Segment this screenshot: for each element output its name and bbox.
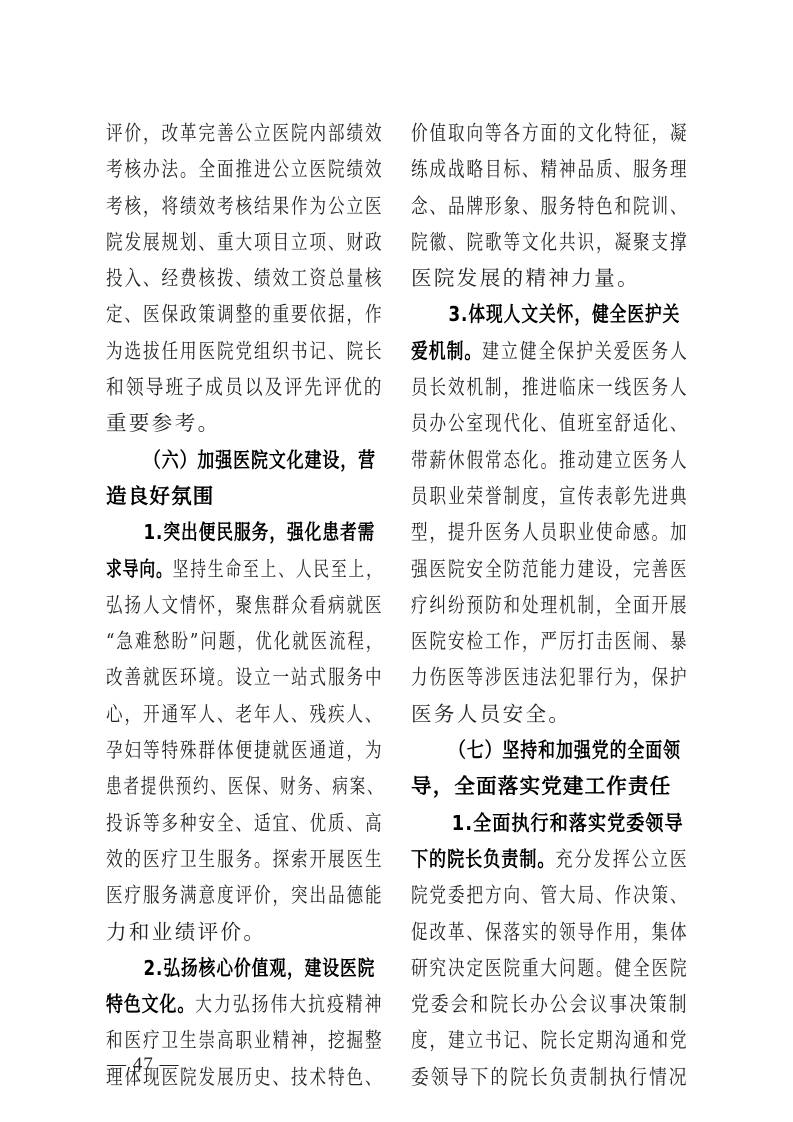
- body-text: 投入、经费核拨、绩效工资总量核: [106, 266, 384, 290]
- body-text: 念、品牌形象、服务特色和院训、: [411, 194, 689, 218]
- body-text: 和医疗卫生崇高职业精神，挖掘整: [106, 1028, 384, 1052]
- body-text: 带薪休假常态化。推动建立医务人: [411, 448, 689, 472]
- body-text: 促改革、保落实的领导作用，集体: [411, 920, 689, 944]
- body-text: 医务人员安全。: [411, 702, 571, 726]
- body-text: 重要参考。: [106, 411, 221, 435]
- section-heading-line: 造良好氛围: [106, 478, 384, 514]
- document-page: 评价，改革完善公立医院内部绩效考核办法。全面推进公立医院绩效考核，将绩效考核结果…: [0, 0, 793, 1122]
- text-line: 念、品牌形象、服务特色和院训、: [411, 188, 689, 224]
- text-line: “急难愁盼”问题，优化就医流程，: [106, 623, 384, 659]
- text-line: 3.体现人文关怀，健全医护关: [411, 296, 726, 332]
- text-line: 为选拔任用医院党组织书记、院长: [106, 333, 384, 369]
- body-text: 院党委把方向、管大局、作决策、: [411, 883, 689, 907]
- body-text: 投诉等多种安全、适宜、优质、高: [106, 811, 384, 835]
- text-line: 力伤医等涉医违法犯罪行为，保护: [411, 659, 689, 695]
- body-text: 员长效机制，推进临床一线医务人: [411, 375, 689, 399]
- text-line: 患者提供预约、医保、财务、病案、: [106, 768, 384, 804]
- text-line: 医疗服务满意度评价，突出品德能: [106, 877, 384, 913]
- text-line: 投诉等多种安全、适宜、优质、高: [106, 805, 384, 841]
- body-text: 考核办法。全面推进公立医院绩效: [106, 157, 384, 181]
- body-text: “急难愁盼”问题，优化就医流程，: [106, 629, 384, 653]
- text-line: 1.突出便民服务，强化患者需: [106, 514, 421, 550]
- text-line: 员办公室现代化、值班室舒适化、: [411, 405, 689, 441]
- text-line: 考核办法。全面推进公立医院绩效: [106, 151, 384, 187]
- page-number: — 47 —: [107, 1054, 180, 1076]
- text-line: 委领导下的院长负责制执行情况: [411, 1059, 689, 1095]
- heading-text: 导，全面落实党建工作责任: [411, 774, 671, 798]
- text-line: 员长效机制，推进临床一线医务人: [411, 369, 689, 405]
- bold-lead-text: 1.突出便民服务，强化患者需: [143, 520, 375, 544]
- right-column: 价值取向等各方面的文化特征，凝练成战略目标、精神品质、服务理念、品牌形象、服务特…: [411, 115, 689, 1095]
- body-text: 心，开通军人、老年人、残疾人、: [106, 702, 384, 726]
- bold-lead-text: 求导向。: [106, 557, 173, 581]
- body-text: 孕妇等特殊群体便捷就医通道，为: [106, 738, 384, 762]
- body-text: 大力弘扬伟大抗疫精神: [195, 992, 383, 1016]
- text-line: 1.全面执行和落实党委领导: [411, 805, 730, 841]
- text-line: 评价，改革完善公立医院内部绩效: [106, 115, 384, 151]
- text-line: 效的医疗卫生服务。探索开展医生: [106, 841, 384, 877]
- bold-lead-text: 3.体现人文关怀，健全医护关: [448, 302, 680, 326]
- text-line: 院发展规划、重大项目立项、财政: [106, 224, 384, 260]
- bold-lead-text: 2.弘扬核心价值观，建设医院: [143, 956, 375, 980]
- text-line: 医院安检工作，严厉打击医闹、暴: [411, 623, 689, 659]
- body-text: 医院安检工作，严厉打击医闹、暴: [411, 629, 689, 653]
- body-text: 评价，改革完善公立医院内部绩效: [106, 121, 384, 145]
- text-line: 力和业绩评价。: [106, 914, 384, 950]
- body-text: 患者提供预约、医保、财务、病案、: [106, 774, 384, 798]
- body-text: 疗纠纷预防和处理机制，全面开展: [411, 593, 689, 617]
- body-text: 和领导班子成员以及评先评优的: [106, 375, 384, 399]
- section-heading-line: 导，全面落实党建工作责任: [411, 768, 689, 804]
- body-text: 研究决定医院重大问题。健全医院: [411, 956, 689, 980]
- text-line: 型，提升医务人员职业使命感。加: [411, 514, 689, 550]
- body-text: 医疗服务满意度评价，突出品德能: [106, 883, 384, 907]
- text-line: 重要参考。: [106, 405, 384, 441]
- body-text: 建立健全保护关爱医务人: [482, 339, 689, 363]
- text-line: 练成战略目标、精神品质、服务理: [411, 151, 689, 187]
- bold-lead-text: 1.全面执行和落实党委领导: [452, 811, 684, 835]
- body-text: 院发展规划、重大项目立项、财政: [106, 230, 384, 254]
- body-text: 型，提升医务人员职业使命感。加: [411, 520, 689, 544]
- text-line: 带薪休假常态化。推动建立医务人: [411, 442, 689, 478]
- text-line: 弘扬人文情怀，聚焦群众看病就医: [106, 587, 384, 623]
- body-text: 改善就医环境。设立一站式服务中: [106, 665, 384, 689]
- section-heading-line: （六）加强医院文化建设，营: [106, 442, 422, 478]
- text-line: 下的院长负责制。充分发挥公立医: [411, 841, 689, 877]
- text-line: 爱机制。建立健全保护关爱医务人: [411, 333, 689, 369]
- body-text: 委领导下的院长负责制执行情况: [411, 1065, 689, 1089]
- text-line: 改善就医环境。设立一站式服务中: [106, 659, 384, 695]
- body-text: 力和业绩评价。: [106, 920, 266, 944]
- heading-text: （六）加强医院文化建设，营: [144, 448, 376, 472]
- text-line: 孕妇等特殊群体便捷就医通道，为: [106, 732, 384, 768]
- body-text: 充分发挥公立医: [555, 847, 688, 871]
- body-text: 练成战略目标、精神品质、服务理: [411, 157, 689, 181]
- text-line: 特色文化。大力弘扬伟大抗疫精神: [106, 986, 384, 1022]
- text-line: 医院发展的精神力量。: [411, 260, 689, 296]
- body-text: 院徽、院歌等文化共识，凝聚支撑: [411, 230, 689, 254]
- body-text: 医院发展的精神力量。: [411, 266, 640, 290]
- body-text: 为选拔任用医院党组织书记、院长: [106, 339, 384, 363]
- body-text: 坚持生命至上、人民至上，: [173, 557, 384, 581]
- section-heading-line: （七）坚持和加强党的全面领: [411, 732, 727, 768]
- text-line: 2.弘扬核心价值观，建设医院: [106, 950, 421, 986]
- text-line: 和领导班子成员以及评先评优的: [106, 369, 384, 405]
- bold-lead-text: 下的院长负责制。: [411, 847, 555, 871]
- text-line: 度，建立书记、院长定期沟通和党: [411, 1022, 689, 1058]
- text-line: 强医院安全防范能力建设，完善医: [411, 551, 689, 587]
- body-text: 员办公室现代化、值班室舒适化、: [411, 411, 689, 435]
- body-text: 度，建立书记、院长定期沟通和党: [411, 1028, 689, 1052]
- text-line: 医务人员安全。: [411, 696, 689, 732]
- text-line: 考核，将绩效考核结果作为公立医: [106, 188, 384, 224]
- bold-lead-text: 特色文化。: [106, 992, 195, 1016]
- text-line: 求导向。坚持生命至上、人民至上，: [106, 551, 384, 587]
- heading-text: （七）坚持和加强党的全面领: [449, 738, 681, 762]
- text-line: 定、医保政策调整的重要依据，作: [106, 296, 384, 332]
- body-text: 定、医保政策调整的重要依据，作: [106, 302, 384, 326]
- body-text: 党委会和院长办公会议事决策制: [411, 992, 689, 1016]
- body-text: 力伤医等涉医违法犯罪行为，保护: [411, 665, 689, 689]
- text-line: 党委会和院长办公会议事决策制: [411, 986, 689, 1022]
- text-line: 价值取向等各方面的文化特征，凝: [411, 115, 689, 151]
- body-text: 考核，将绩效考核结果作为公立医: [106, 194, 384, 218]
- text-line: 心，开通军人、老年人、残疾人、: [106, 696, 384, 732]
- body-text: 价值取向等各方面的文化特征，凝: [411, 121, 689, 145]
- body-text: 员职业荣誉制度，宣传表彰先进典: [411, 484, 689, 508]
- text-line: 员职业荣誉制度，宣传表彰先进典: [411, 478, 689, 514]
- text-line: 院党委把方向、管大局、作决策、: [411, 877, 689, 913]
- text-line: 研究决定医院重大问题。健全医院: [411, 950, 689, 986]
- body-text: 弘扬人文情怀，聚焦群众看病就医: [106, 593, 384, 617]
- left-column: 评价，改革完善公立医院内部绩效考核办法。全面推进公立医院绩效考核，将绩效考核结果…: [106, 115, 384, 1095]
- text-line: 院徽、院歌等文化共识，凝聚支撑: [411, 224, 689, 260]
- text-line: 投入、经费核拨、绩效工资总量核: [106, 260, 384, 296]
- heading-text: 造良好氛围: [106, 484, 215, 508]
- text-line: 疗纠纷预防和处理机制，全面开展: [411, 587, 689, 623]
- body-text: 强医院安全防范能力建设，完善医: [411, 557, 689, 581]
- bold-lead-text: 爱机制。: [411, 339, 482, 363]
- body-text: 效的医疗卫生服务。探索开展医生: [106, 847, 384, 871]
- text-line: 促改革、保落实的领导作用，集体: [411, 914, 689, 950]
